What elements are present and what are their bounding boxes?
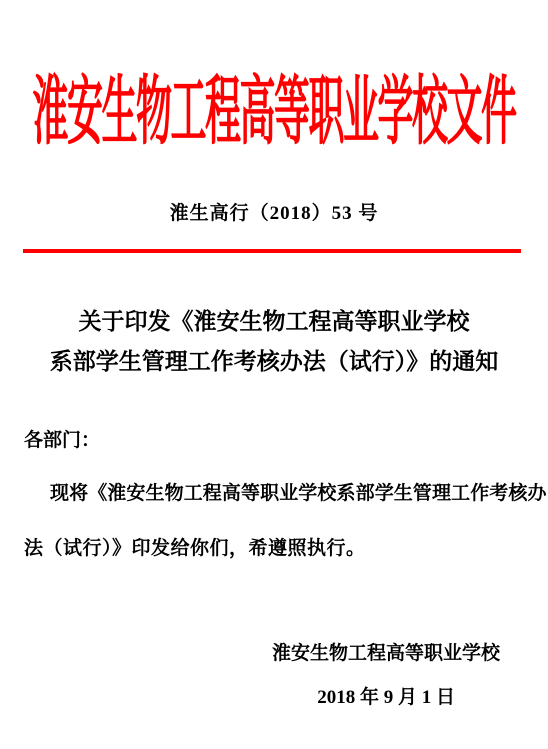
red-rule-divider bbox=[23, 249, 521, 253]
body-line-2: 法（试行）》印发给你们，希遵照执行。 bbox=[24, 537, 366, 560]
body-line-1: 现将《淮安生物工程高等职业学校系部学生管理工作考核办 bbox=[50, 482, 547, 505]
document-page: 淮安生物工程高等职业学校文件 淮生高行（2018）53 号 关于印发《淮安生物工… bbox=[0, 0, 548, 749]
signature-line: 淮安生物工程高等职业学校 bbox=[0, 642, 500, 665]
salutation: 各部门： bbox=[24, 429, 100, 452]
date-line: 2018 年 9 月 1 日 bbox=[0, 686, 455, 709]
doc-number: 淮生高行（2018）53 号 bbox=[0, 203, 548, 225]
masthead: 淮安生物工程高等职业学校文件 bbox=[0, 94, 548, 130]
masthead-title: 淮安生物工程高等职业学校文件 bbox=[32, 75, 515, 150]
notice-title-line1: 关于印发《淮安生物工程高等职业学校 bbox=[0, 308, 548, 336]
notice-title-line2: 系部学生管理工作考核办法（试行）》的通知 bbox=[0, 348, 548, 376]
